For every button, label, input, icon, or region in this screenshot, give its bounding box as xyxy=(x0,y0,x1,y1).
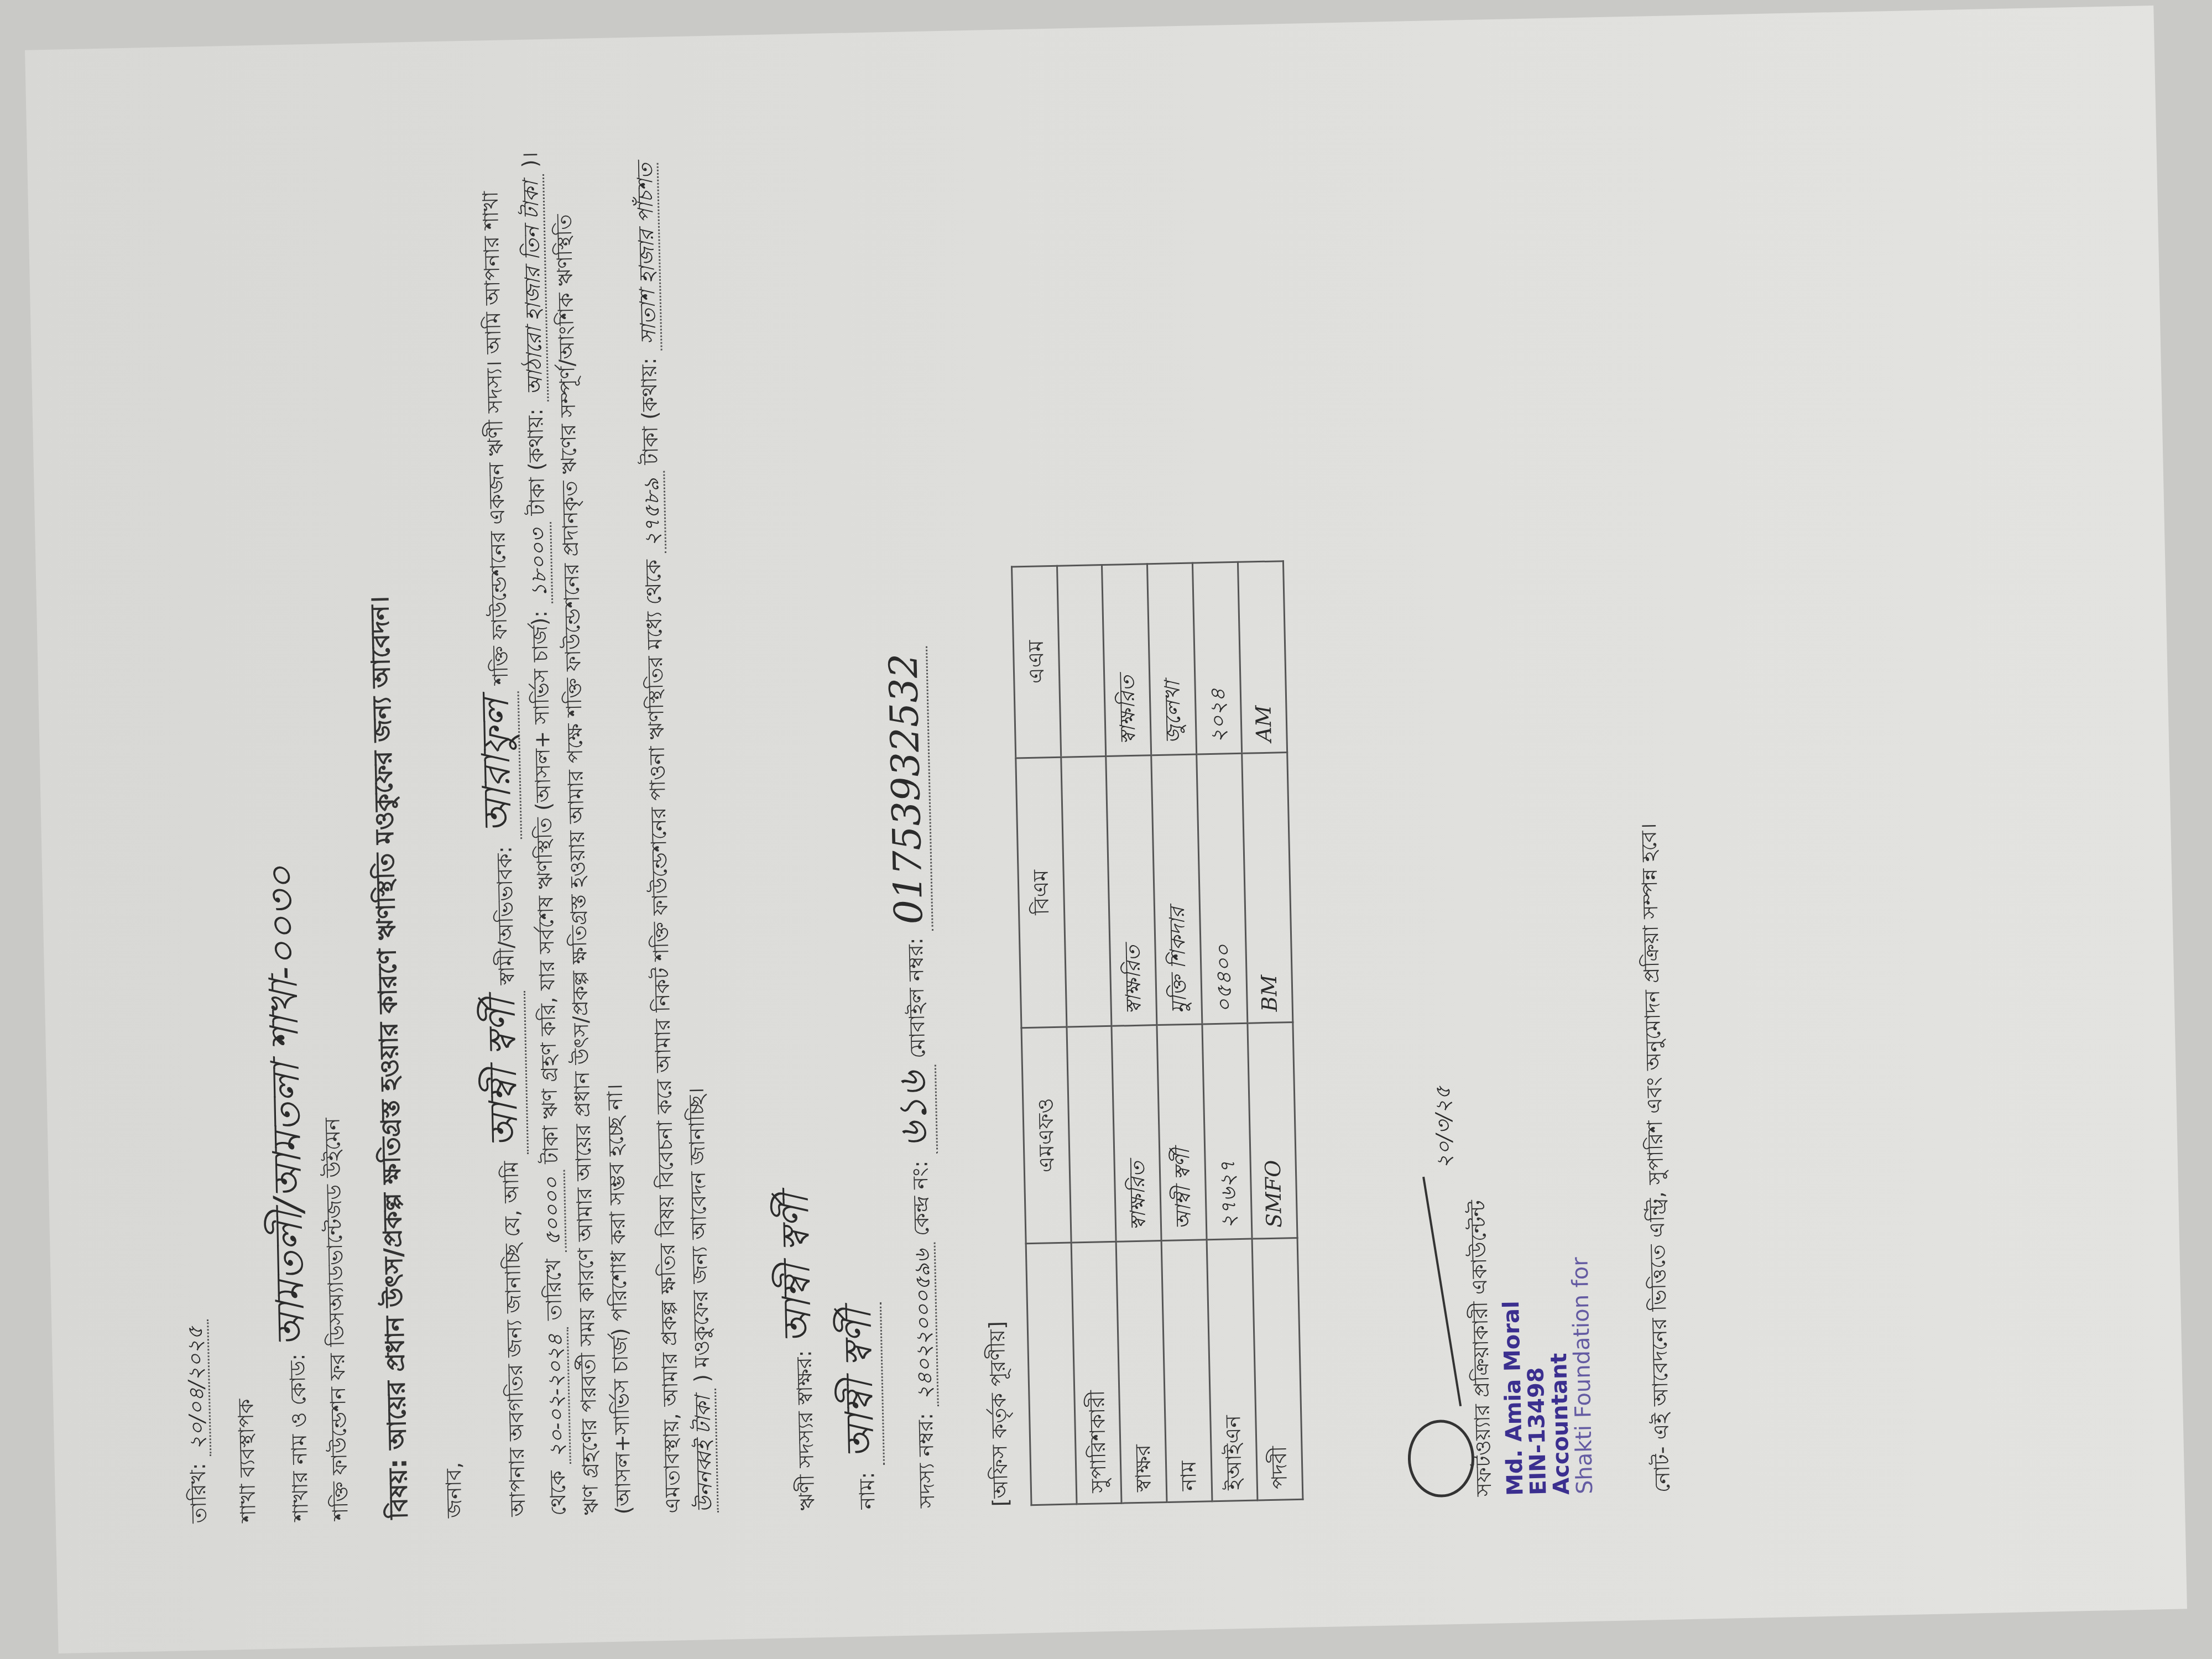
row-label: সুপারিশকারী xyxy=(1071,1242,1122,1504)
member-no-label: সদস্য নম্বর: xyxy=(913,1413,940,1509)
applicant-block: ঋণী সদস্যর স্বাক্ষর: আম্বী স্বর্ণী নাম: … xyxy=(743,131,952,1511)
member-no-value: ২৪০২২০০০৫৯৬ xyxy=(910,1243,939,1407)
signature-cell: স্বাক্ষরিত xyxy=(1106,755,1157,1026)
waiver-amount-field: ২৭৫৮৯ xyxy=(639,471,666,553)
body-text: টাকা (কথায়: xyxy=(523,408,550,516)
application-form: তারিখ: ২০/০৪/২০২৫ শাখা ব্যবস্থাপক শাখার … xyxy=(25,6,2187,1653)
date-label: তারিখ: xyxy=(186,1463,211,1524)
column-header: বিএম xyxy=(1015,757,1066,1028)
date-value: ২০/০৪/২০২৫ xyxy=(182,1319,211,1457)
branch-value: আমতলী/আমতলা শাখা-০০৩০ xyxy=(258,865,314,1348)
cell xyxy=(1057,565,1106,757)
body-text: আপনার অবগতির জন্য জানাচ্ছি যে, আমি xyxy=(499,1161,530,1517)
column-header: এমএফও xyxy=(1021,1027,1071,1244)
signature-cell: স্বাক্ষরিত xyxy=(1112,1025,1161,1241)
signature-stroke xyxy=(1422,1177,1462,1406)
cell: AM xyxy=(1238,561,1287,753)
footer-note: নোট- এই আবেদনের ভিত্তিতে এন্ট্রি, সুপারি… xyxy=(1618,116,1679,1493)
body-text: এমতাবস্থায়, আমার প্রকল্প ক্ষতির বিষয় ব… xyxy=(640,559,685,1514)
office-use-table: এমএফও বিএম এএম সুপারিশকারী স্বাক্ষর স্বা… xyxy=(1011,560,1304,1506)
outstanding-field: ১৮০০৩ xyxy=(525,522,553,604)
cell: ২৭৬২৭ xyxy=(1202,1023,1252,1240)
photo-frame: তারিখ: ২০/০৪/২০২৫ শাখা ব্যবস্থাপক শাখার … xyxy=(0,0,2212,1659)
branch-label: শাখার নাম ও কোড: xyxy=(285,1353,312,1521)
center-label: কেন্দ্র নং: xyxy=(908,1160,934,1237)
signature-cell: স্বাক্ষরিত xyxy=(1102,564,1151,756)
row-label: পদবী xyxy=(1252,1238,1303,1500)
loan-date-field: ২০-০২-২০২৪ xyxy=(542,1327,571,1464)
center-value: ৬১৬ xyxy=(889,1065,938,1154)
body-text: টাকা (কথায়: xyxy=(636,357,662,465)
cell: SMFO xyxy=(1248,1022,1297,1239)
member-name-field: আম্বী স্বর্ণী xyxy=(478,992,529,1155)
mobile-label: মোবাইল নম্বর: xyxy=(903,937,930,1059)
applicant-signature: আম্বী স্বর্ণী xyxy=(772,1194,821,1344)
body-text: স্বামী/অভিভাবক: xyxy=(492,846,519,985)
body-paragraph-1: আপনার অবগতির জন্য জানাচ্ছি যে, আমি আম্বী… xyxy=(453,137,640,1517)
row-label: ইআইএন xyxy=(1207,1239,1258,1501)
loan-amount-field: ৫০০০০ xyxy=(539,1170,567,1252)
column-header xyxy=(1026,1243,1077,1505)
subject-line: বিষয়: আয়ের প্রধান উৎস/প্রকল্প ক্ষতিগ্র… xyxy=(351,142,419,1520)
guardian-name-field: আরাফুল xyxy=(472,691,523,841)
cell: জুলেখা xyxy=(1147,563,1197,755)
cell xyxy=(1067,1026,1117,1243)
cell: ০৫৪০০ xyxy=(1197,753,1248,1024)
body-text: টাকা ঋণ গ্রহণ করি, যার সর্বশেষ ঋণস্থিতি … xyxy=(527,610,563,1164)
body-text: ) মওকুফের জন্য আবেদন জানাচ্ছি। xyxy=(684,1088,714,1383)
row-label: নাম xyxy=(1161,1240,1212,1502)
applicant-name: আম্বী স্বর্ণী xyxy=(834,1302,885,1466)
row-label: স্বাক্ষর xyxy=(1117,1241,1167,1503)
body-paragraph-2: এমতাবস্থায়, আমার প্রকল্প ক্ষতির বিষয় ব… xyxy=(628,135,722,1514)
date-line: তারিখ: ২০/০৪/২০২৫ xyxy=(154,147,216,1524)
accountant-signature-icon xyxy=(1407,1419,1475,1498)
signature-label: ঋণী সদস্যর স্বাক্ষর: xyxy=(792,1350,820,1511)
office-use-title: [অফিস কর্তৃক পূরণীয়] xyxy=(956,129,1017,1507)
accountant-signed-date: ২০/৩/২৫ xyxy=(1431,1086,1457,1169)
cell: আম্বী স্বর্ণী xyxy=(1157,1024,1207,1241)
name-label: নাম: xyxy=(854,1472,879,1510)
outstanding-words-field: আঠারো হাজার তিন টাকা xyxy=(518,174,549,402)
cell xyxy=(1061,756,1112,1027)
cell: BM xyxy=(1242,752,1293,1023)
mobile-value: 01753932532 xyxy=(880,646,933,932)
accountant-block: ২০/৩/২৫ সফটওয়্যার প্রক্রিয়াকারী একাউন্… xyxy=(1363,117,1597,1498)
cell: ২০২৪ xyxy=(1193,562,1242,754)
body-text: তারিখে xyxy=(541,1259,566,1321)
cell: মুক্তি শিকদার xyxy=(1151,754,1202,1025)
column-header: এএম xyxy=(1011,566,1061,758)
